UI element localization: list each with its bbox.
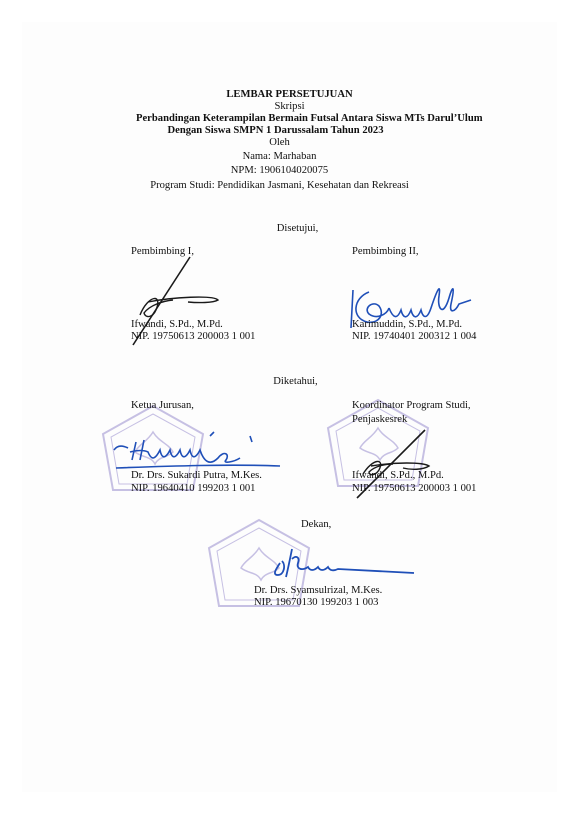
head-dept-signature xyxy=(110,428,285,473)
advisor2-role: Pembimbing II, xyxy=(352,246,419,258)
advisor1-nip: NIP. 19750613 200003 1 001 xyxy=(131,331,255,343)
student-name: Nama: Marhaban xyxy=(0,151,569,163)
advisor2-nip: NIP. 19740401 200312 1 004 xyxy=(352,331,476,343)
acknowledgement-label: Diketahui, xyxy=(6,376,579,388)
student-npm: NPM: 1906104020075 xyxy=(0,165,569,177)
coordinator-role-line2: Penjaskesrek xyxy=(352,414,407,426)
coordinator-role-line1: Koordinator Program Studi, xyxy=(352,400,471,412)
dean-role: Dekan, xyxy=(301,519,331,531)
doc-by: Oleh xyxy=(0,137,569,149)
doc-type: Skripsi xyxy=(0,101,579,113)
head-dept-role: Ketua Jurusan, xyxy=(131,400,194,412)
head-dept-nip: NIP. 19640410 199203 1 001 xyxy=(131,483,255,495)
doc-title-line1: Perbandingan Keterampilan Bermain Futsal… xyxy=(136,113,483,125)
head-dept-name: Dr. Drs. Sukardi Putra, M.Kes. xyxy=(131,470,262,482)
coordinator-nip: NIP. 19750613 200003 1 001 xyxy=(352,483,476,495)
dean-name: Dr. Drs. Syamsulrizal, M.Kes. xyxy=(254,585,382,597)
dean-nip: NIP. 19670130 199203 1 003 xyxy=(254,597,378,609)
study-program: Program Studi: Pendidikan Jasmani, Keseh… xyxy=(0,180,569,192)
approval-label: Disetujui, xyxy=(8,223,579,235)
advisor2-name: Karimuddin, S.Pd., M.Pd. xyxy=(352,319,462,331)
doc-heading: LEMBAR PERSETUJUAN xyxy=(0,89,579,101)
dean-signature xyxy=(268,545,418,580)
coordinator-name: Ifwandi, S.Pd., M.Pd. xyxy=(352,470,444,482)
advisor1-name: Ifwandi, S.Pd., M.Pd. xyxy=(131,319,223,331)
doc-title-line2: Dengan Siswa SMPN 1 Darussalam Tahun 202… xyxy=(0,125,565,137)
